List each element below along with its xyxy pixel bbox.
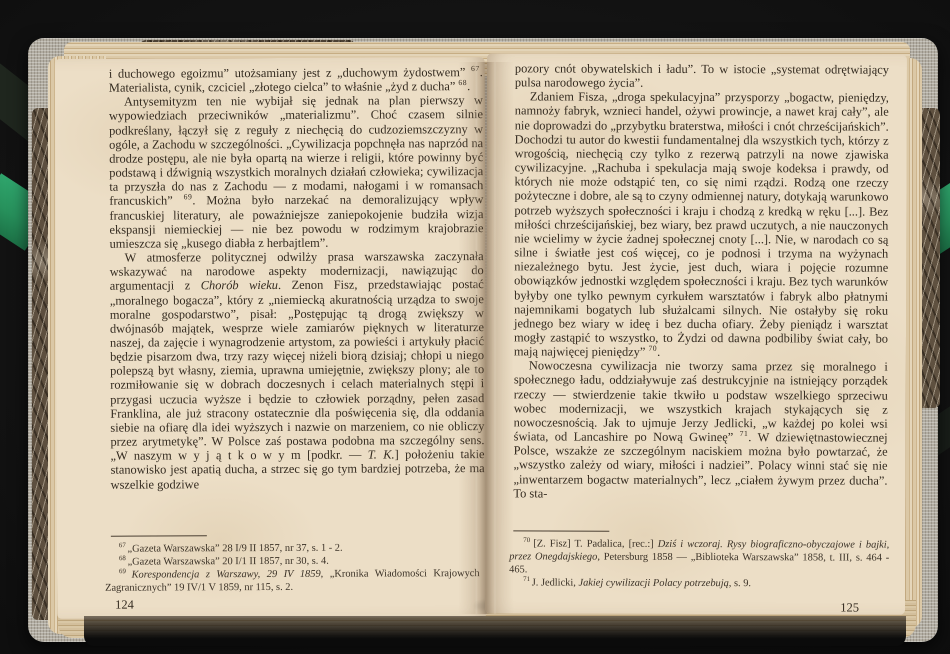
right-page-footnotes: 70 [Z. Fisz] T. Padalica, [rec.:] Dziś i… [509,537,889,590]
page-number-right: 125 [840,601,859,616]
book-photo: i duchowego egoizmu” utożsamiany jest z … [0,0,950,654]
page-number-left: 124 [115,598,134,613]
footnote-divider-right [513,530,609,531]
left-page-body-text: i duchowego egoizmu” utożsamiany jest z … [109,65,485,491]
left-page-footnotes: 67 „Gazeta Warszawska” 28 I/9 II 1857, n… [105,541,489,595]
book-bottom-shadow [84,616,906,646]
left-page: i duchowego egoizmu” utożsamiany jest z … [55,57,487,619]
footnote-divider-left [111,535,207,536]
right-page: pozory cnót obywatelskich i ładu”. To w … [485,53,907,614]
right-page-body-text: pozory cnót obywatelskich i ładu”. To w … [513,61,889,501]
